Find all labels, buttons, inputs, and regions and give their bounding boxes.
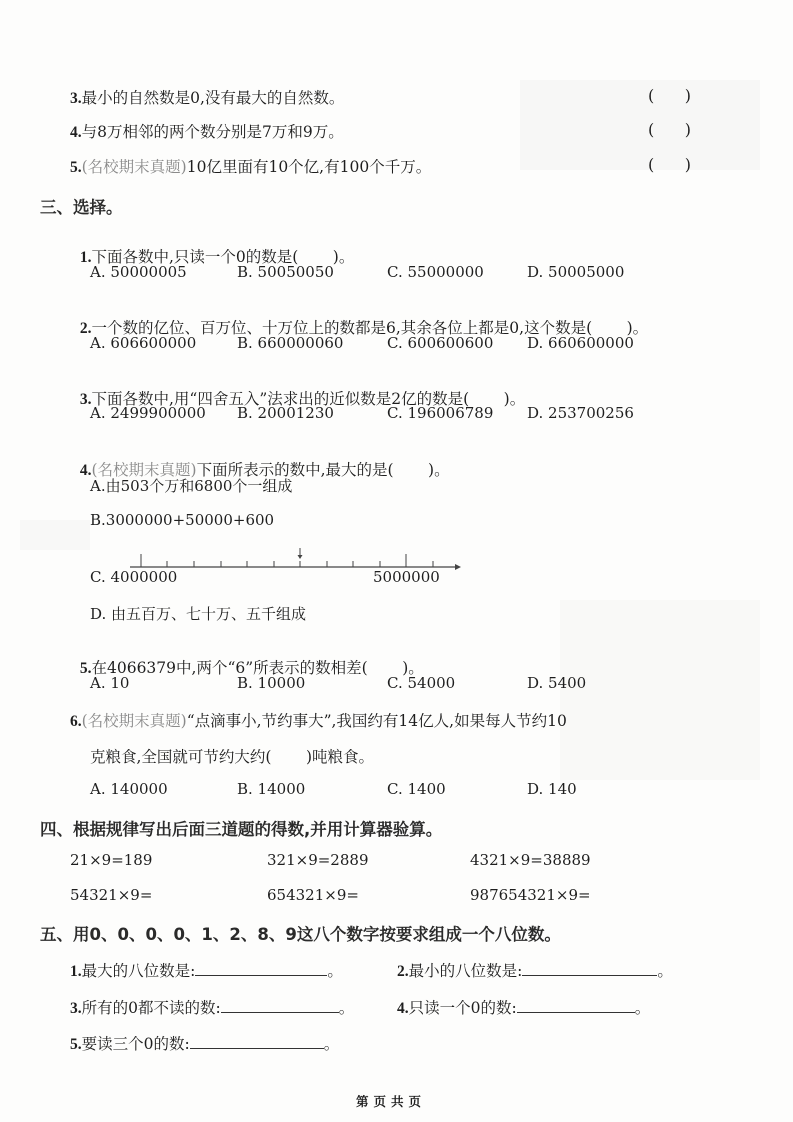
number-line-end-label: 5000000 xyxy=(373,568,440,586)
option-c[interactable]: C. 1400 xyxy=(387,780,446,798)
option-d[interactable]: D. 由五百万、七十万、五千组成 xyxy=(90,603,306,624)
pattern-answer-3[interactable]: 987654321×9= xyxy=(470,886,591,904)
option-d[interactable]: D. 253700256 xyxy=(527,404,634,422)
option-b[interactable]: B. 10000 xyxy=(237,674,305,692)
question-text: “点滴事小,节约事大”,我国约有14亿人,如果每人节约10 xyxy=(187,712,567,730)
option-b[interactable]: B. 50050050 xyxy=(237,263,334,281)
option-c[interactable]: C. 55000000 xyxy=(387,263,484,281)
section-title-choice: 三、选择。 xyxy=(40,194,123,218)
section-title-pattern: 四、根据规律写出后面三道题的得数,并用计算器验算。 xyxy=(40,816,442,840)
option-a[interactable]: A. 2499900000 xyxy=(90,404,206,422)
option-a[interactable]: A. 10 xyxy=(90,674,129,692)
question-text: 最大的八位数是: xyxy=(82,962,196,980)
section-title-compose: 五、用0、0、0、0、1、2、8、9这八个数字按要求组成一个八位数。 xyxy=(40,921,561,945)
question-number: 5. xyxy=(70,1036,82,1053)
period: 。 xyxy=(339,999,355,1017)
page-footer: 第页共页 xyxy=(356,1092,426,1110)
period: 。 xyxy=(635,999,651,1017)
source-tag: (名校期末真题) xyxy=(82,712,187,730)
question-text: 最小的八位数是: xyxy=(409,962,523,980)
compose-item-2: 2.最小的八位数是:。 xyxy=(397,959,673,981)
choice-q6-line2: 克粮食,全国就可节约大约( )吨粮食。 xyxy=(90,745,374,767)
answer-blank[interactable] xyxy=(517,998,635,1013)
question-number: 1. xyxy=(70,963,82,980)
period: 。 xyxy=(324,1035,340,1053)
judge-item-4: 4.与8万相邻的两个数分别是7万和9万。 xyxy=(70,120,344,142)
pattern-answer-1[interactable]: 54321×9= xyxy=(70,886,152,904)
question-number: 3. xyxy=(70,90,82,107)
bleed-through xyxy=(520,80,760,170)
question-number: 4. xyxy=(397,1000,409,1017)
answer-blank[interactable] xyxy=(221,998,339,1013)
compose-item-3: 3.所有的0都不读的数:。 xyxy=(70,996,354,1018)
option-b[interactable]: B.3000000+50000+600 xyxy=(90,511,274,529)
pattern-example-2: 321×9=2889 xyxy=(267,851,368,869)
answer-paren[interactable]: ( ) xyxy=(648,120,691,139)
question-number: 3. xyxy=(70,1000,82,1017)
bleed-through xyxy=(20,520,90,550)
choice-q5: 5.在4066379中,两个“6”所表示的数相差( )。 xyxy=(70,638,424,678)
option-d[interactable]: D. 5400 xyxy=(527,674,586,692)
choice-q6: 6.(名校期末真题)“点滴事小,节约事大”,我国约有14亿人,如果每人节约10 xyxy=(70,709,567,731)
question-text: 只读一个0的数: xyxy=(409,999,517,1017)
question-text: 最小的自然数是0,没有最大的自然数。 xyxy=(82,89,345,107)
answer-paren[interactable]: ( ) xyxy=(648,86,691,105)
option-c[interactable]: C. 4000000 xyxy=(90,568,177,586)
option-a[interactable]: A. 50000005 xyxy=(90,263,187,281)
question-number: 4. xyxy=(70,124,82,141)
option-c[interactable]: C. 54000 xyxy=(387,674,455,692)
option-a[interactable]: A. 606600000 xyxy=(90,334,196,352)
compose-item-4: 4.只读一个0的数:。 xyxy=(397,996,650,1018)
answer-blank[interactable] xyxy=(195,961,327,976)
bleed-through xyxy=(560,600,760,780)
choice-q2: 2.一个数的亿位、百万位、十万位上的数都是6,其余各位上都是0,这个数是( )。 xyxy=(70,298,648,338)
option-a[interactable]: A.由503个万和6800个一组成 xyxy=(90,475,292,496)
question-number: 2. xyxy=(397,963,409,980)
source-tag: (名校期末真题) xyxy=(82,158,187,176)
answer-blank[interactable] xyxy=(190,1034,324,1049)
question-text: 所有的0都不读的数: xyxy=(82,999,221,1017)
compose-item-1: 1.最大的八位数是:。 xyxy=(70,959,343,981)
option-a[interactable]: A. 140000 xyxy=(90,780,168,798)
period: 。 xyxy=(657,962,673,980)
judge-item-5: 5.(名校期末真题)10亿里面有10个亿,有100个千万。 xyxy=(70,155,431,177)
option-b[interactable]: B. 660000060 xyxy=(237,334,343,352)
judge-item-3: 3.最小的自然数是0,没有最大的自然数。 xyxy=(70,86,344,108)
question-number: 5. xyxy=(70,159,82,176)
option-b[interactable]: B. 20001230 xyxy=(237,404,334,422)
compose-item-5: 5.要读三个0的数:。 xyxy=(70,1032,339,1054)
question-text: 10亿里面有10个亿,有100个千万。 xyxy=(187,158,431,176)
question-number: 6. xyxy=(70,713,82,730)
pattern-example-1: 21×9=189 xyxy=(70,851,152,869)
question-text: 要读三个0的数: xyxy=(82,1035,190,1053)
option-c[interactable]: C. 600600600 xyxy=(387,334,493,352)
pattern-example-3: 4321×9=38889 xyxy=(470,851,591,869)
question-text: 与8万相邻的两个数分别是7万和9万。 xyxy=(82,123,344,141)
option-b[interactable]: B. 14000 xyxy=(237,780,305,798)
answer-blank[interactable] xyxy=(522,961,657,976)
pattern-answer-2[interactable]: 654321×9= xyxy=(267,886,359,904)
option-d[interactable]: D. 50005000 xyxy=(527,263,624,281)
choice-q4: 4.(名校期末真题)下面所表示的数中,最大的是( )。 xyxy=(70,440,450,480)
option-c[interactable]: C. 196006789 xyxy=(387,404,493,422)
answer-paren[interactable]: ( ) xyxy=(648,155,691,174)
option-d[interactable]: D. 140 xyxy=(527,780,577,798)
period: 。 xyxy=(327,962,343,980)
option-d[interactable]: D. 660600000 xyxy=(527,334,634,352)
choice-q1: 1.下面各数中,只读一个0的数是( )。 xyxy=(70,227,354,267)
choice-q3: 3.下面各数中,用“四舍五入”法求出的近似数是2亿的数是( )。 xyxy=(70,369,525,409)
